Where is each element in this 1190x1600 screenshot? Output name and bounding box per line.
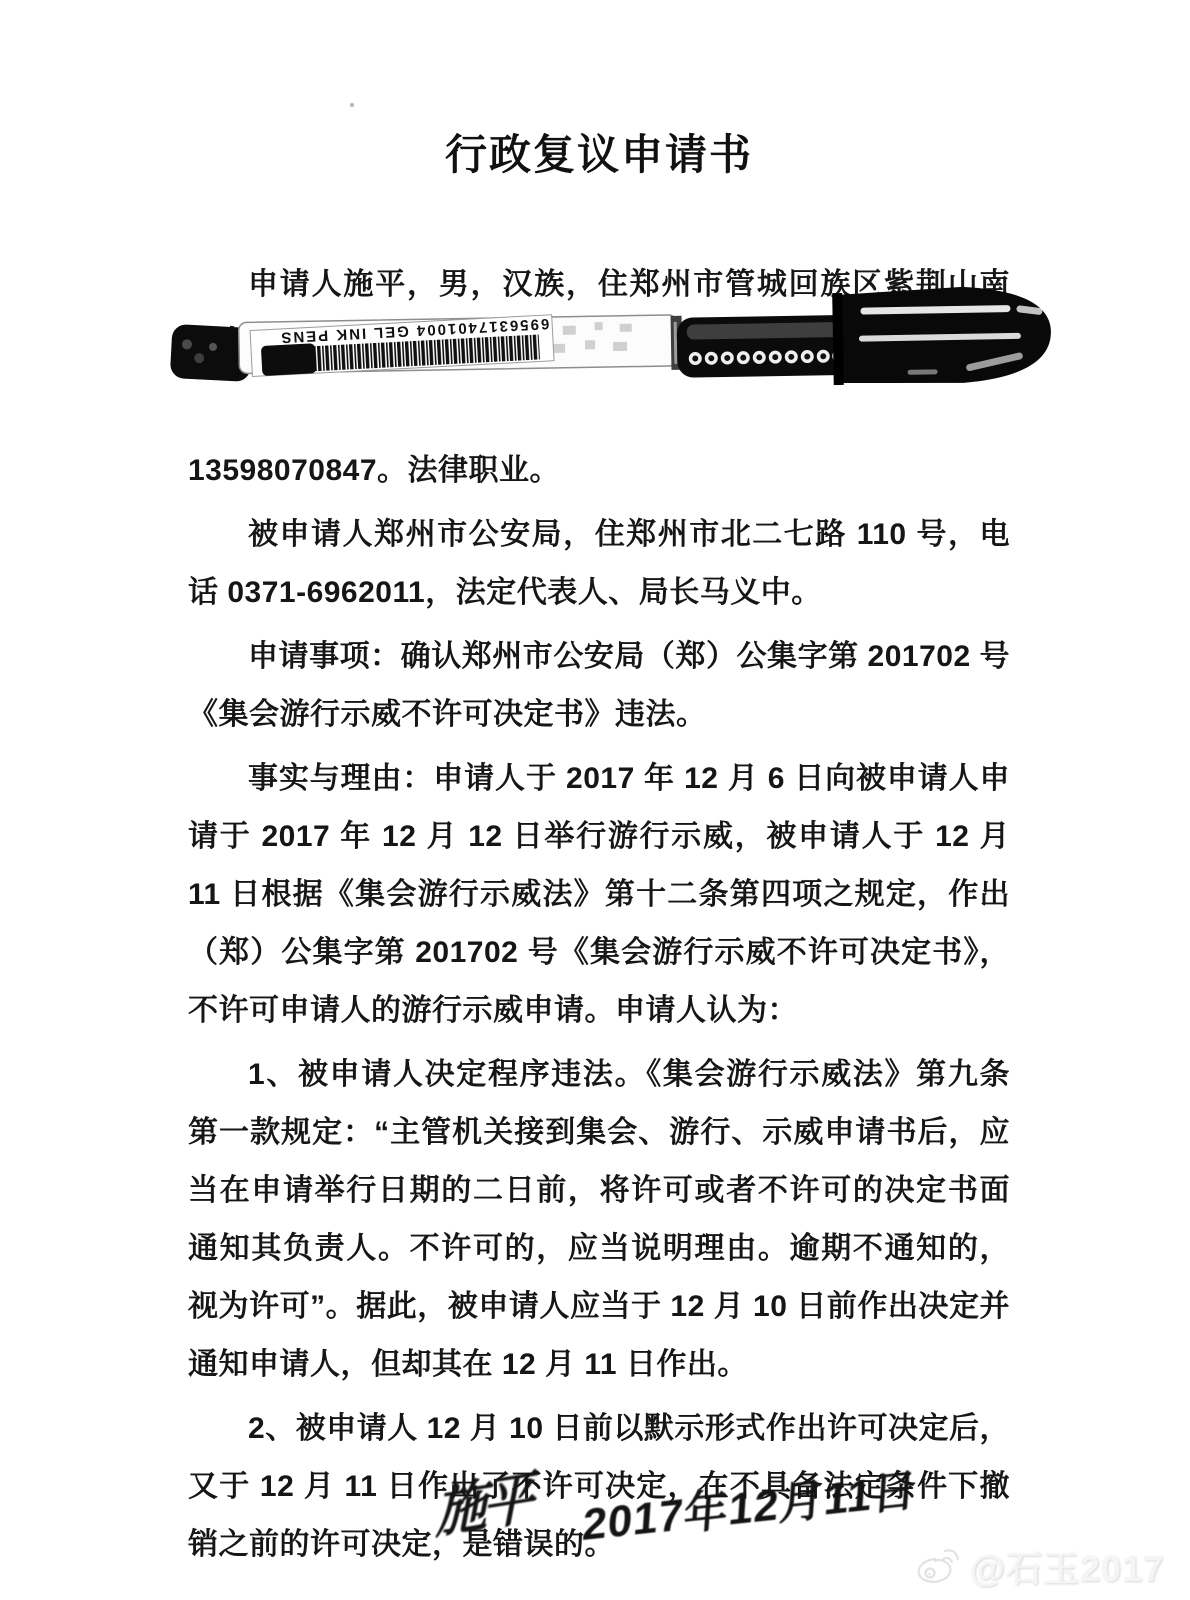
scan-speck bbox=[350, 103, 354, 107]
document-body: 申请人施平，男，汉族，住郑州市管城回族区紫荆山南路办事处 13598070847… bbox=[188, 256, 1010, 1574]
watermark-text: @石玉2017 bbox=[970, 1541, 1164, 1592]
document-title: 行政复议申请书 bbox=[188, 118, 1010, 192]
paragraph-request: 申请事项：确认郑州市公安局（郑）公集字第 201702 号《集会游行示威不许可决… bbox=[188, 628, 1010, 744]
weibo-logo-icon bbox=[914, 1547, 962, 1587]
gel-pen-photo: 6956317401004 GEL INK PENS bbox=[165, 283, 1055, 407]
scanned-document-page: 行政复议申请书 申请人施平，男，汉族，住郑州市管城回族区紫荆山南路办事处 135… bbox=[0, 0, 1190, 1600]
handwritten-signature-name: 施平 bbox=[432, 1450, 543, 1550]
paragraph-respondent: 被申请人郑州市公安局，住郑州市北二七路 110 号，电话 0371-696201… bbox=[188, 506, 1010, 622]
gel-pen-graphic: 6956317401004 GEL INK PENS bbox=[165, 283, 1055, 407]
paragraph-applicant-line3: 13598070847。法律职业。 bbox=[188, 442, 1010, 500]
pen-label-black-mark bbox=[261, 343, 316, 376]
paragraph-argument-1: 1、被申请人决定程序违法。《集会游行示威法》第九条第一款规定：“主管机关接到集会… bbox=[188, 1046, 1010, 1394]
signature-block: 施平 2017年12月11日 bbox=[440, 1462, 919, 1537]
paragraph-facts: 事实与理由：申请人于 2017 年 12 月 6 日向被申请人申请于 2017 … bbox=[188, 750, 1010, 1040]
watermark: @石玉2017 bbox=[914, 1541, 1164, 1592]
